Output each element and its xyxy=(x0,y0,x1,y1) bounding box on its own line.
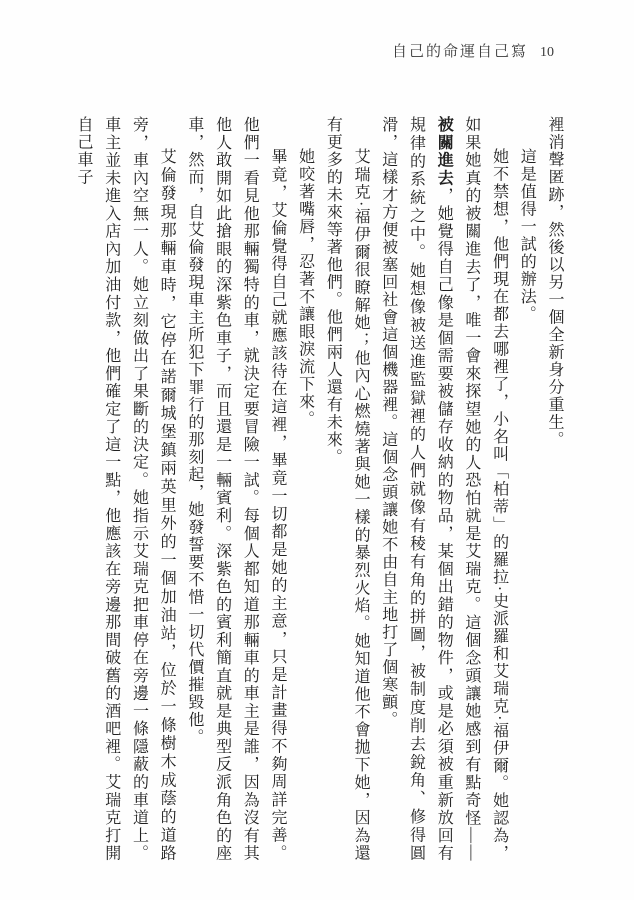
text-run: 裡消聲匿跡，然後以另一個全新身分重生。 xyxy=(546,116,563,449)
text-run: 這是值得一試的辦法。 xyxy=(518,148,535,323)
running-header: 自己的命運自己寫10 xyxy=(392,40,554,61)
paragraph: 這是值得一試的辦法。 xyxy=(513,116,541,862)
paragraph: 艾倫發現那輛車時，它停在諾爾城堡鎮兩英里外的一個加油站，位於一條樹木成蔭的道路旁… xyxy=(69,116,180,862)
book-page: 自己的命運自己寫10 裡消聲匿跡，然後以另一個全新身分重生。這是值得一試的辦法。… xyxy=(0,0,634,900)
paragraph: 裡消聲匿跡，然後以另一個全新身分重生。 xyxy=(540,116,568,862)
paragraph: 艾瑞克·福伊爾很瞭解她；他內心燃燒著與她一樣的暴烈火焰。她知道他不會拋下她，因為… xyxy=(319,116,374,862)
book-text: 裡消聲匿跡，然後以另一個全新身分重生。這是值得一試的辦法。她不禁想，他們現在都去… xyxy=(69,116,568,862)
text-run: 她咬著嘴唇，忍著不讓眼淚流下來。 xyxy=(297,148,314,428)
text-run: 她不禁想，他們現在都去哪裡了，小名叫「柏蒂」的羅拉·史派羅和艾瑞克·福伊爾。她認… xyxy=(463,116,508,862)
book-title: 自己的命運自己寫 xyxy=(392,44,528,60)
text-run: ，她覺得自己像是個需要被儲存收納的物品，某個出錯的物件，或是必須被重新放回有規律… xyxy=(380,116,452,862)
text-run: 艾倫發現那輛車時，它停在諾爾城堡鎮兩英里外的一個加油站，位於一條樹木成蔭的道路旁… xyxy=(75,116,175,862)
paragraph: 她不禁想，他們現在都去哪裡了，小名叫「柏蒂」的羅拉·史派羅和艾瑞克·福伊爾。她認… xyxy=(374,116,513,862)
page-number: 10 xyxy=(540,45,554,60)
paragraph: 她咬著嘴唇，忍著不讓眼淚流下來。 xyxy=(291,116,319,862)
paragraph: 畢竟，艾倫覺得自己就應該待在這裡，畢竟一切都是她的主意，只是計畫得不夠周詳完善。… xyxy=(180,116,291,862)
text-run: 艾瑞克·福伊爾很瞭解她；他內心燃燒著與她一樣的暴烈火焰。她知道他不會拋下她，因為… xyxy=(324,116,369,862)
emphasized-text: 被關進去 xyxy=(435,116,452,187)
text-run: 畢竟，艾倫覺得自己就應該待在這裡，畢竟一切都是她的主意，只是計畫得不夠周詳完善。… xyxy=(186,116,286,862)
